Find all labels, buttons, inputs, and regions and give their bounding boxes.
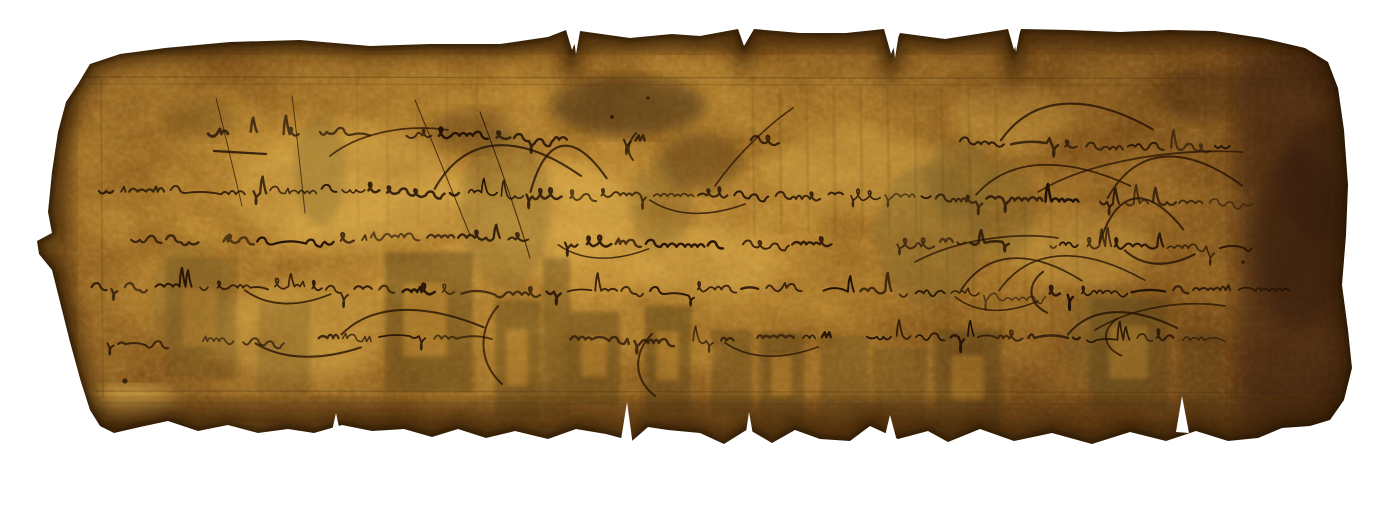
seal-script-block	[543, 258, 570, 416]
seal-script-block	[165, 258, 237, 378]
ink-dot	[610, 115, 614, 119]
ink-dot	[646, 96, 649, 99]
manuscript-photograph	[0, 0, 1400, 522]
photo-canvas	[0, 0, 1400, 522]
script-cluster	[636, 135, 645, 140]
dark-stain	[658, 132, 742, 192]
seal-script-block	[385, 252, 473, 392]
paper-sheet	[30, 20, 1370, 460]
seal-script-block	[568, 312, 620, 404]
ghost-ornament	[925, 140, 995, 220]
ink-dot	[122, 378, 127, 383]
dark-stain	[1160, 67, 1250, 123]
seal-script-block	[645, 306, 691, 412]
seal-script-block	[1180, 332, 1222, 410]
ghost-ornament	[460, 130, 550, 290]
ink-dot	[1241, 260, 1245, 264]
